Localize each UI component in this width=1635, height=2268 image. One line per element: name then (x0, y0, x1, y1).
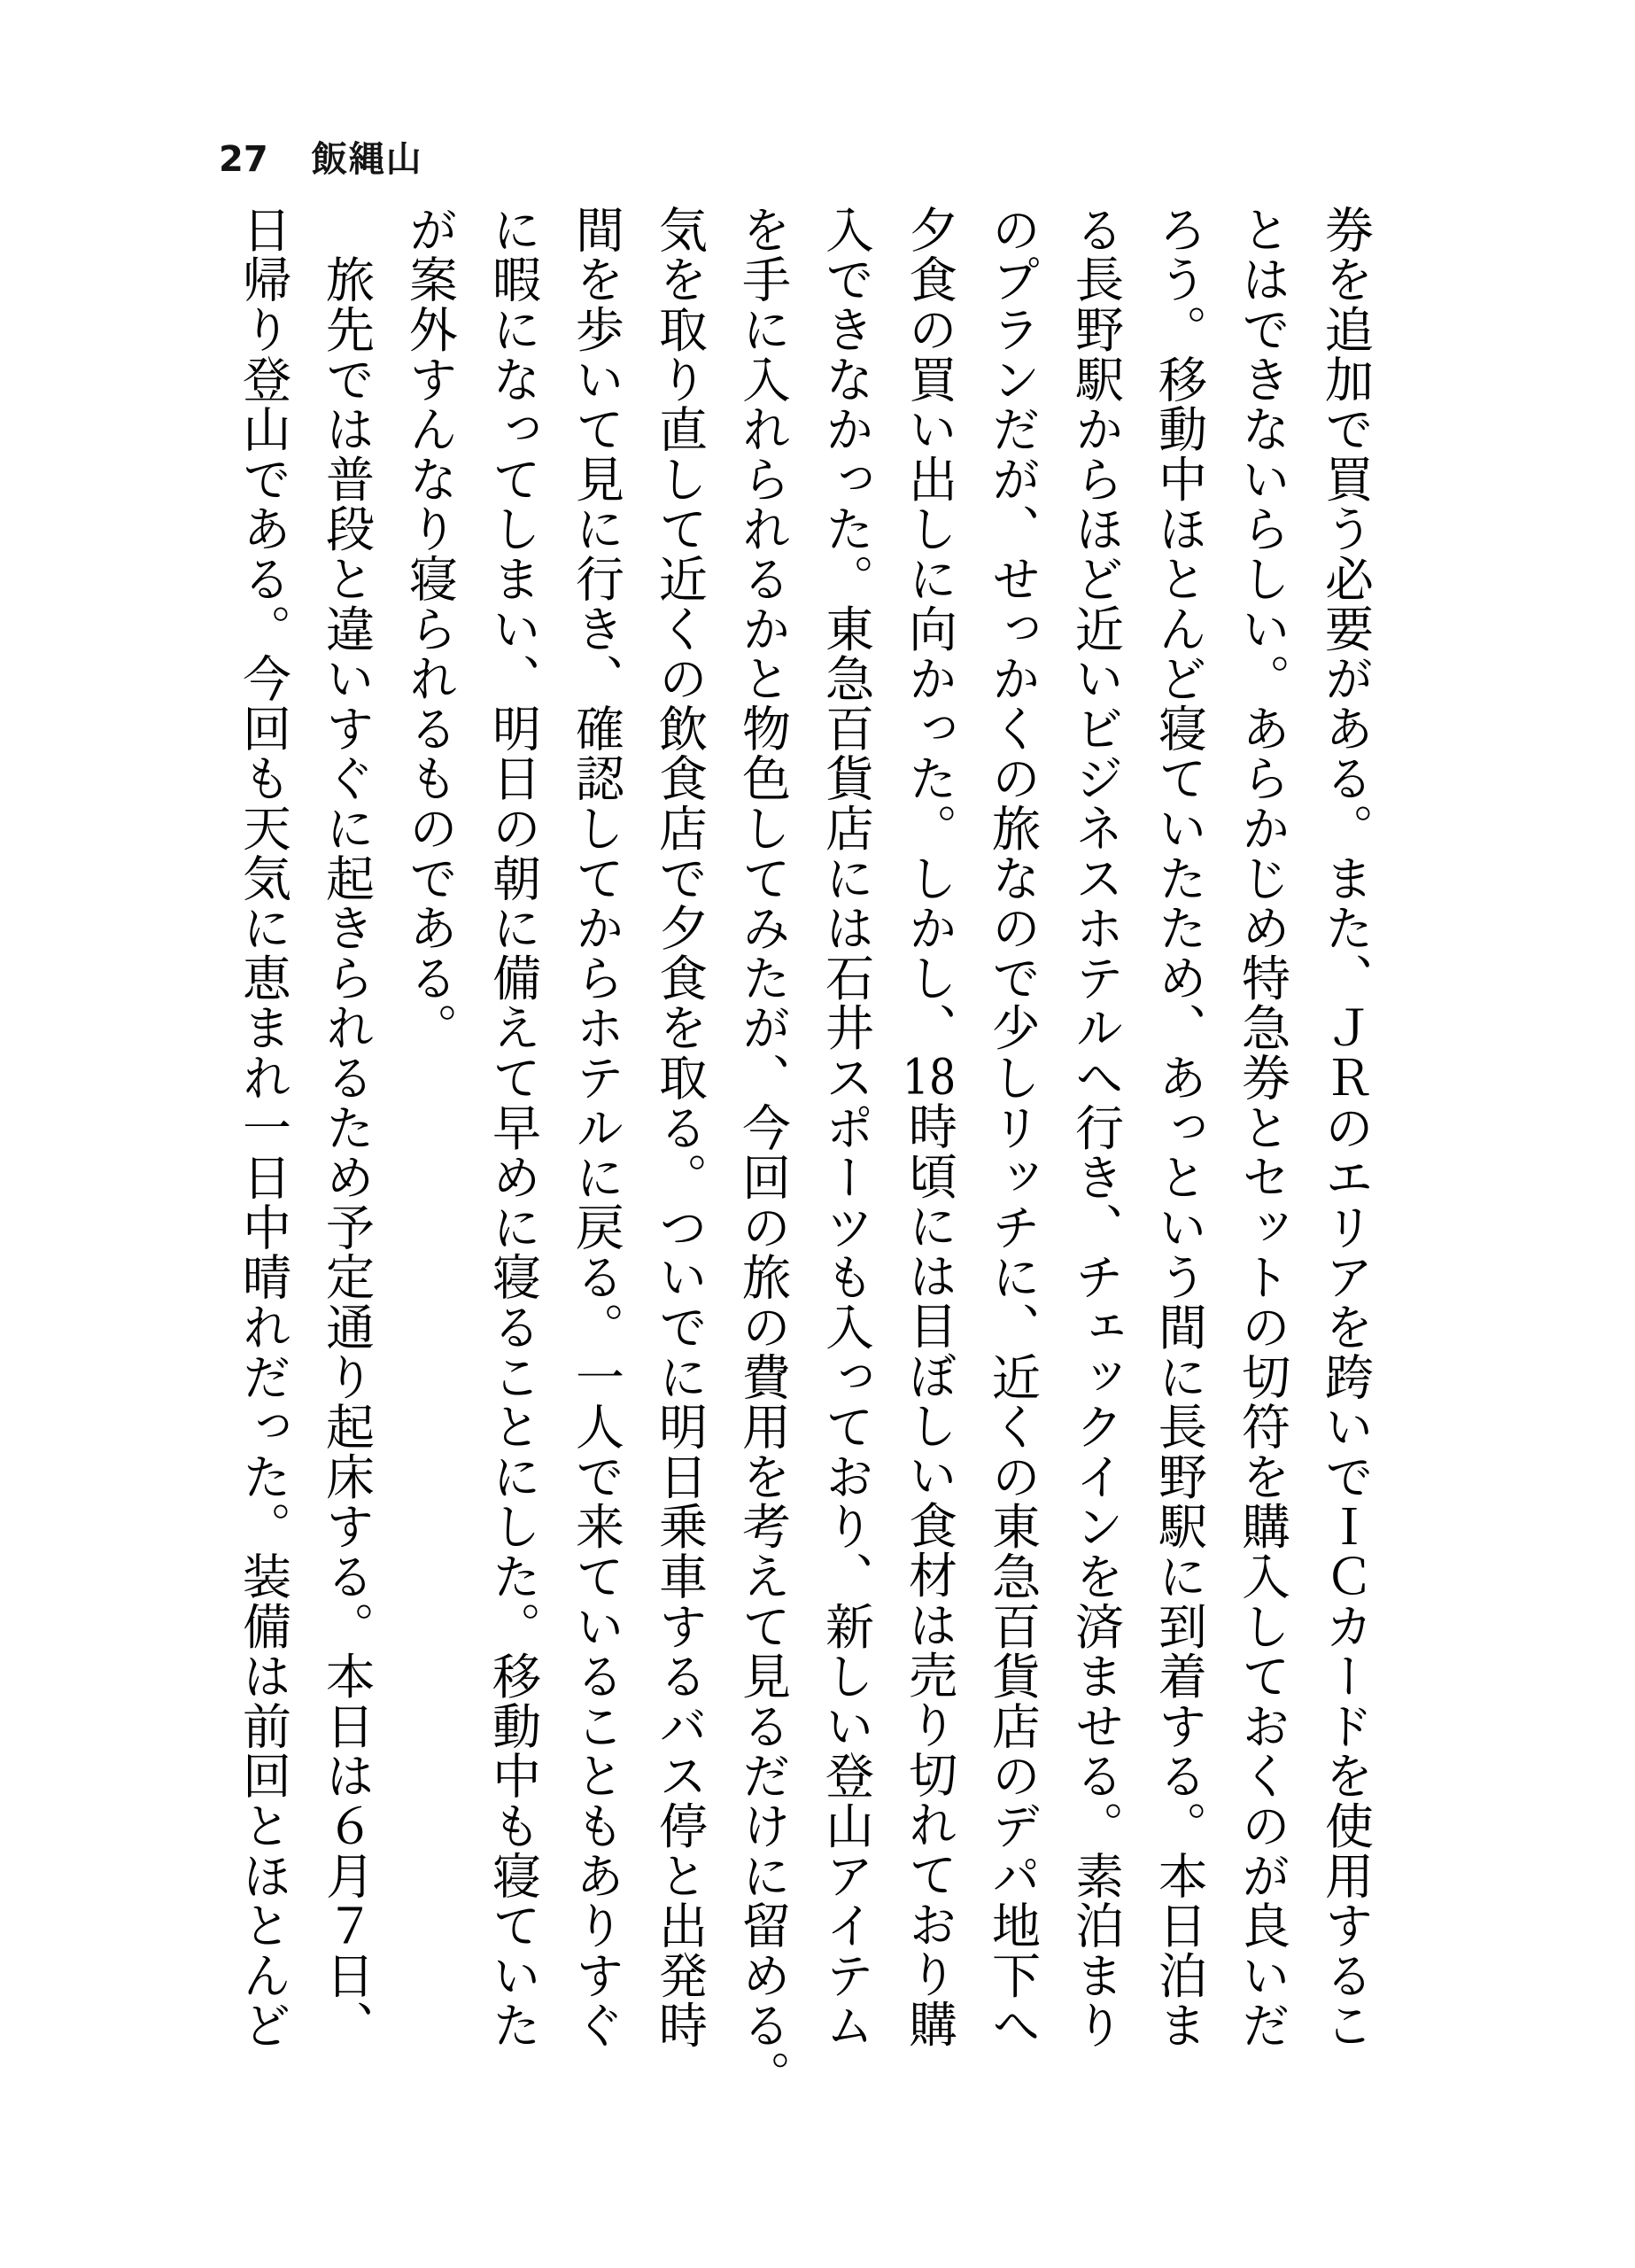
text-column: とはできないらしい。あらかじめ特急券とセットの切符を購入しておくのが良いだ (1220, 205, 1304, 2050)
text-column: 気を取り直して近くの飲食店で夕食を取る。ついでに明日乗車するバス停と出発時 (638, 205, 721, 2050)
chapter-title: 飯縄山 (312, 138, 423, 181)
text-column: 夕食の買い出しに向かった。しかし、18時頃には目ぼしい食材は売り切れており購 (887, 205, 971, 2050)
column-segment: 時頃には目ぼしい食材は売り切れており購 (901, 1101, 957, 2049)
running-head: 27 飯縄山 (219, 138, 423, 181)
text-column: が案外すんなり寝られるものである。 (388, 205, 471, 2050)
text-column: のプランだが、せっかくの旅なので少しリッチに、近くの東急百貨店のデパ地下へ (971, 205, 1054, 2050)
text-column: を手に入れられるかと物色してみたが、今回の旅の費用を考えて見るだけに留める。 (721, 205, 804, 2050)
text-column: 間を歩いて見に行き、確認してからホテルに戻る。一人で来ていることもありすぐ (554, 205, 638, 2050)
text-column: に暇になってしまい、明日の朝に備えて早めに寝ることにした。移動中も寝ていた (471, 205, 554, 2050)
text-column: 旅先では普段と違いすぐに起きられるため予定通り起床する。本日は６月７日、 (305, 205, 388, 2050)
text-column: 券を追加で買う必要がある。また、ＪＲのエリアを跨いでＩＣカードを使用するこ (1304, 205, 1387, 2050)
text-column: 入できなかった。東急百貨店には石井スポーツも入っており、新しい登山アイテム (804, 205, 887, 2050)
text-column: 日帰り登山である。今回も天気に恵まれ一日中晴れだった。装備は前回とほとんど (221, 205, 305, 2050)
body-text: 券を追加で買う必要がある。また、ＪＲのエリアを跨いでＩＣカードを使用するこ とは… (221, 205, 1387, 2050)
text-column: る長野駅からほど近いビジネスホテルへ行き、チェックインを済ませる。素泊まり (1054, 205, 1137, 2050)
time-digits: 18 (901, 1052, 957, 1101)
page-number: 27 (219, 138, 268, 181)
column-segment: 夕食の買い出しに向かった。しかし、 (901, 205, 957, 1052)
book-page: 27 飯縄山 券を追加で買う必要がある。また、ＪＲのエリアを跨いでＩＣカードを使… (0, 0, 1635, 2268)
text-column: ろう。移動中ほとんど寝ていたため、あっという間に長野駅に到着する。本日泊ま (1137, 205, 1220, 2050)
